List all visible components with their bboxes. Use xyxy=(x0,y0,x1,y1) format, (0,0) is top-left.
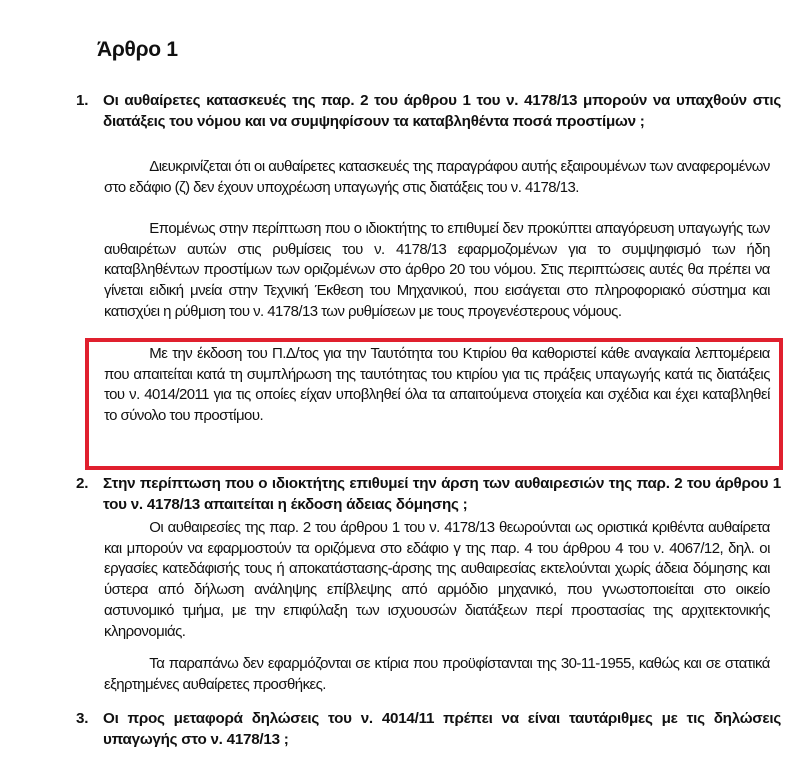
question-3: 3. Οι προς μεταφορά δηλώσεις του ν. 4014… xyxy=(76,708,781,750)
question-2: 2. Στην περίπτωση που ο ιδιοκτήτης επιθυ… xyxy=(76,473,781,515)
question-text: Οι αυθαίρετες κατασκευές της παρ. 2 του … xyxy=(103,90,781,132)
paragraph-text: Διευκρινίζεται ότι οι αυθαίρετες κατασκε… xyxy=(104,158,770,196)
answer-1-paragraph-2: Επομένως στην περίπτωση που ο ιδιοκτήτης… xyxy=(104,219,770,323)
question-number: 2. xyxy=(76,473,88,494)
paragraph-text: Επομένως στην περίπτωση που ο ιδιοκτήτης… xyxy=(104,220,770,320)
paragraph-text: Με την έκδοση του Π.Δ/τος για την Ταυτότ… xyxy=(104,345,770,424)
question-number: 1. xyxy=(76,90,88,111)
question-number: 3. xyxy=(76,708,88,729)
question-text: Στην περίπτωση που ο ιδιοκτήτης επιθυμεί… xyxy=(103,473,781,515)
answer-2-paragraph-2: Τα παραπάνω δεν εφαρμόζονται σε κτίρια π… xyxy=(104,654,770,695)
paragraph-text: Οι αυθαιρεσίες της παρ. 2 του άρθρου 1 τ… xyxy=(104,519,770,640)
question-text: Οι προς μεταφορά δηλώσεις του ν. 4014/11… xyxy=(103,708,781,750)
answer-2-paragraph-1: Οι αυθαιρεσίες της παρ. 2 του άρθρου 1 τ… xyxy=(104,518,770,642)
document-page: Άρθρο 1 1. Οι αυθαίρετες κατασκευές της … xyxy=(0,0,810,757)
article-title: Άρθρο 1 xyxy=(97,38,178,62)
paragraph-text: Τα παραπάνω δεν εφαρμόζονται σε κτίρια π… xyxy=(104,655,770,693)
answer-1-paragraph-3-highlighted: Με την έκδοση του Π.Δ/τος για την Ταυτότ… xyxy=(104,344,770,427)
answer-1-paragraph-1: Διευκρινίζεται ότι οι αυθαίρετες κατασκε… xyxy=(104,157,770,198)
question-1: 1. Οι αυθαίρετες κατασκευές της παρ. 2 τ… xyxy=(76,90,781,132)
